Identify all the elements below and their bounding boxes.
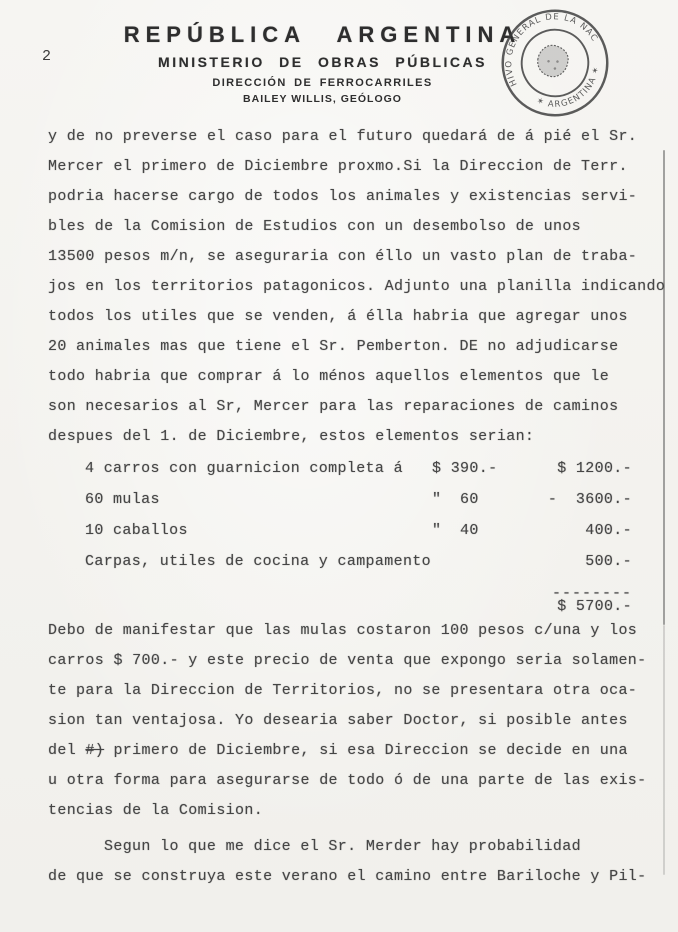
paragraph-1: y de no preverse el caso para el futuro …	[48, 128, 665, 458]
table-row: 4 carros con guarnicion completa á $ 390…	[85, 460, 632, 491]
table-unit-price	[432, 553, 512, 584]
table-amount: - 3600.-	[512, 491, 632, 522]
body-line: todos los utiles que se venden, á élla h…	[48, 308, 665, 338]
body-line: 13500 pesos m/n, se aseguraria con éllo …	[48, 248, 665, 278]
table-unit-price: " 60	[432, 491, 512, 522]
body-line: de que se construya este verano el camin…	[48, 868, 647, 898]
body-text: del	[48, 742, 85, 759]
body-line: despues del 1. de Diciembre, estos eleme…	[48, 428, 665, 458]
table-unit-price: $ 390.-	[432, 460, 512, 491]
body-line: Debo de manifestar que las mulas costaro…	[48, 622, 647, 652]
table-amount: 400.-	[512, 522, 632, 553]
table-item: 4 carros con guarnicion completa á	[85, 460, 432, 491]
body-line: podria hacerse cargo de todos los animal…	[48, 188, 665, 218]
body-line: jos en los territorios patagonicos. Adju…	[48, 278, 665, 308]
table-item: 10 caballos	[85, 522, 432, 553]
body-line: bles de la Comision de Estudios con un d…	[48, 218, 665, 248]
paragraph-2: Debo de manifestar que las mulas costaro…	[48, 622, 647, 832]
body-line: y de no preverse el caso para el futuro …	[48, 128, 665, 158]
body-line: sion tan ventajosa. Yo desearia saber Do…	[48, 712, 647, 742]
table-unit-price: " 40	[432, 522, 512, 553]
table-row: 60 mulas " 60 - 3600.-	[85, 491, 632, 522]
table-separator: --------	[85, 585, 632, 598]
body-line: Segun lo que me dice el Sr. Merder hay p…	[48, 838, 647, 868]
body-line: tencias de la Comision.	[48, 802, 647, 832]
table-item: 60 mulas	[85, 491, 432, 522]
cost-table: 4 carros con guarnicion completa á $ 390…	[85, 460, 632, 616]
body-line: 20 animales mas que tiene el Sr. Pembert…	[48, 338, 665, 368]
body-line: del #) primero de Diciembre, si esa Dire…	[48, 742, 647, 772]
body-line: u otra forma para asegurarse de todo ó d…	[48, 772, 647, 802]
body-text: primero de Diciembre, si esa Direccion s…	[104, 742, 628, 759]
body-line: Mercer el primero de Diciembre proxmo.Si…	[48, 158, 665, 188]
paragraph-3: Segun lo que me dice el Sr. Merder hay p…	[48, 838, 647, 898]
body-line: te para la Direccion de Territorios, no …	[48, 682, 647, 712]
scan-artifact-line	[663, 150, 665, 625]
table-item: Carpas, utiles de cocina y campamento	[85, 553, 432, 584]
table-total: $ 5700.-	[85, 598, 632, 616]
scan-artifact-line	[663, 625, 665, 875]
table-amount: $ 1200.-	[512, 460, 632, 491]
stamp-map-blob	[532, 40, 574, 82]
struck-text: #)	[85, 742, 104, 759]
body-line: carros $ 700.- y este precio de venta qu…	[48, 652, 647, 682]
body-line: son necesarios al Sr, Mercer para las re…	[48, 398, 665, 428]
table-row: Carpas, utiles de cocina y campamento 50…	[85, 553, 632, 584]
table-amount: 500.-	[512, 553, 632, 584]
scanned-letter-page: 2 REPÚBLICA ARGENTINA MINISTERIO DE OBRA…	[0, 0, 678, 932]
table-row: 10 caballos " 40 400.-	[85, 522, 632, 553]
body-line: todo habria que comprar á lo ménos aquel…	[48, 368, 665, 398]
